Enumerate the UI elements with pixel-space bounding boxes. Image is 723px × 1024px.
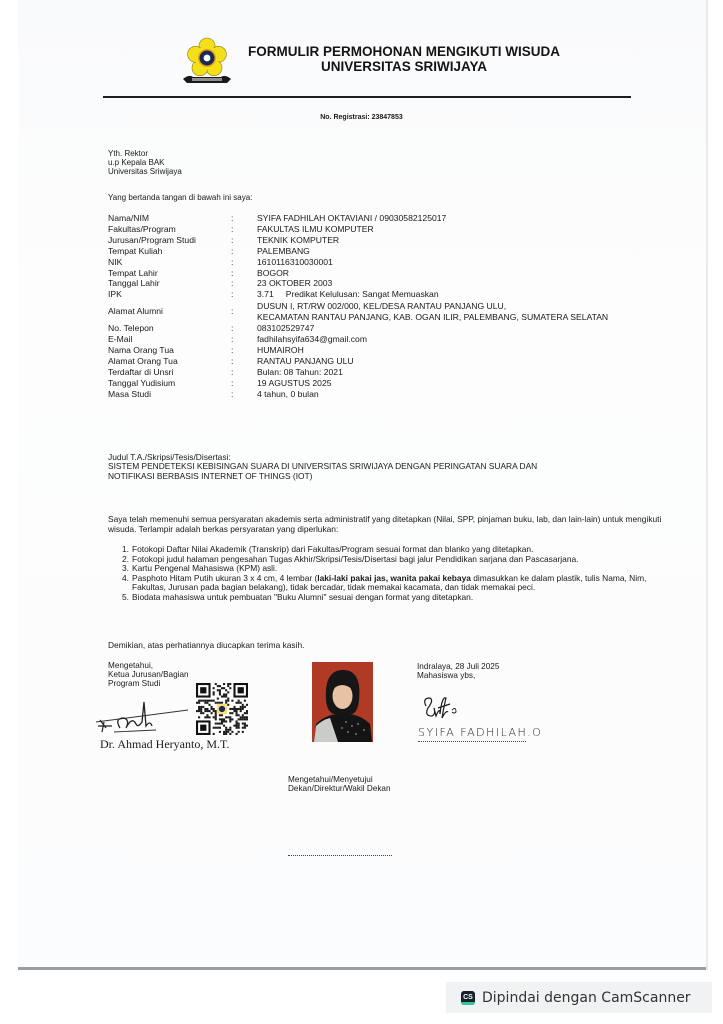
field-row-masa-studi: Masa Studi:4 tahun, 0 bulan bbox=[108, 389, 668, 400]
graduation-predicate: Predikat Kelulusan: Sangat Memuaskan bbox=[286, 289, 439, 299]
field-label: NIK bbox=[108, 257, 228, 268]
requirement-item: 4.Pasphoto Hitam Putih ukuran 3 x 4 cm, … bbox=[122, 574, 667, 593]
field-colon: : bbox=[228, 389, 257, 400]
dean-approval-block: Mengetahui/Menyetujui Dekan/Direktur/Wak… bbox=[288, 775, 391, 793]
field-label: Tempat Lahir bbox=[108, 268, 228, 279]
field-label: Fakultas/Program bbox=[108, 224, 228, 235]
field-colon: : bbox=[228, 367, 257, 378]
field-value: HUMAIROH bbox=[257, 345, 668, 356]
field-colon: : bbox=[228, 345, 257, 356]
field-row-tempat-kuliah: Tempat Kuliah:PALEMBANG bbox=[108, 246, 668, 257]
statement-paragraph: Saya telah memenuhi semua persyaratan ak… bbox=[108, 514, 668, 534]
field-colon: : bbox=[228, 257, 257, 268]
field-value: Bulan: 08 Tahun: 2021 bbox=[257, 367, 668, 378]
registration-number: No. Registrasi: 23847853 bbox=[0, 114, 723, 121]
field-row-nik: NIK:1610116310030001 bbox=[108, 257, 668, 268]
title-line-1: FORMULIR PERMOHONAN MENGIKUTI WISUDA bbox=[244, 44, 564, 59]
field-row-tempat-lahir: Tempat Lahir:BOGOR bbox=[108, 268, 668, 279]
field-label: Tempat Kuliah bbox=[108, 246, 228, 257]
field-label: Nama Orang Tua bbox=[108, 345, 228, 356]
address-line-2: KECAMATAN RANTAU PANJANG, KAB. OGAN ILIR… bbox=[257, 312, 668, 322]
field-row-telepon: No. Telepon:083102529747 bbox=[108, 323, 668, 334]
field-label: Tanggal Lahir bbox=[108, 278, 228, 289]
university-logo-icon bbox=[179, 37, 235, 87]
field-label: IPK bbox=[108, 289, 228, 300]
camscanner-text: Dipindai dengan CamScanner bbox=[482, 990, 691, 1006]
student-handwritten-name: SYIFA FADHILAH.O bbox=[418, 726, 542, 739]
item-text-before: Pasphoto Hitam Putih ukuran 3 x 4 cm, 4 … bbox=[132, 573, 317, 583]
field-label: Tanggal Yudisium bbox=[108, 378, 228, 389]
dean-signature-line bbox=[288, 855, 392, 856]
department-head-signature-icon bbox=[92, 698, 192, 740]
field-colon: : bbox=[228, 278, 257, 289]
title-line-2: UNIVERSITAS SRIWIJAYA bbox=[244, 59, 564, 74]
item-number: 4. bbox=[122, 574, 132, 593]
thesis-title-line-2: NOTIFIKASI BERBASIS INTERNET OF THINGS (… bbox=[108, 472, 668, 482]
student-photo bbox=[312, 662, 373, 742]
field-colon: : bbox=[228, 334, 257, 345]
field-colon: : bbox=[228, 289, 257, 300]
field-label: No. Telepon bbox=[108, 323, 228, 334]
field-value: fadhilahsyifa634@gmail.com bbox=[257, 334, 668, 345]
field-row-jurusan: Jurusan/Program Studi:TEKNIK KOMPUTER bbox=[108, 235, 668, 246]
field-label: Alamat Orang Tua bbox=[108, 356, 228, 367]
field-row-nama-orang-tua: Nama Orang Tua:HUMAIROH bbox=[108, 345, 668, 356]
ipk-value: 3.71 bbox=[257, 289, 274, 299]
field-colon: : bbox=[228, 356, 257, 367]
field-value: 3.71Predikat Kelulusan: Sangat Memuaskan bbox=[257, 289, 668, 300]
camscanner-watermark: CS Dipindai dengan CamScanner bbox=[446, 982, 712, 1013]
header-divider bbox=[103, 96, 631, 98]
field-value: DUSUN I, RT/RW 002/000, KEL/DESA RANTAU … bbox=[257, 301, 668, 322]
field-colon: : bbox=[228, 268, 257, 279]
closing-text: Demikian, atas perhatiannya diucapkan te… bbox=[108, 640, 304, 650]
field-value: 23 OKTOBER 2003 bbox=[257, 278, 668, 289]
field-row-alamat-orang-tua: Alamat Orang Tua:RANTAU PANJANG ULU bbox=[108, 356, 668, 367]
student-signature-line bbox=[418, 741, 526, 742]
field-label: Terdaftar di Unsri bbox=[108, 367, 228, 378]
field-colon: : bbox=[228, 246, 257, 257]
requirement-item: 5.Biodata mahasiswa untuk pembuatan "Buk… bbox=[122, 593, 667, 603]
intro-text: Yang bertanda tangan di bawah ini saya: bbox=[108, 193, 252, 202]
addressee-block: Yth. Rektor u.p Kepala BAK Universitas S… bbox=[108, 149, 182, 176]
item-text-bold: laki-laki pakai jas, wanita pakai kebaya bbox=[317, 573, 471, 583]
field-label: Alamat Alumni bbox=[108, 306, 228, 316]
field-colon: : bbox=[228, 306, 257, 316]
field-value: 4 tahun, 0 bulan bbox=[257, 389, 668, 400]
student-signature-icon bbox=[418, 690, 468, 726]
field-value: PALEMBANG bbox=[257, 246, 668, 257]
field-value: RANTAU PANJANG ULU bbox=[257, 356, 668, 367]
field-value: 19 AGUSTUS 2025 bbox=[257, 378, 668, 389]
department-head-block: Mengetahui, Ketua Jurusan/Bagian Program… bbox=[108, 662, 189, 688]
field-colon: : bbox=[228, 224, 257, 235]
camscanner-icon: CS bbox=[461, 991, 475, 1005]
dean-line-2: Dekan/Direktur/Wakil Dekan bbox=[288, 784, 391, 793]
field-row-terdaftar: Terdaftar di Unsri:Bulan: 08 Tahun: 2021 bbox=[108, 367, 668, 378]
field-row-alamat-alumni: Alamat Alumni:DUSUN I, RT/RW 002/000, KE… bbox=[108, 301, 668, 322]
form-title: FORMULIR PERMOHONAN MENGIKUTI WISUDA UNI… bbox=[244, 44, 564, 74]
field-label: E-Mail bbox=[108, 334, 228, 345]
field-row-ipk: IPK:3.71Predikat Kelulusan: Sangat Memua… bbox=[108, 289, 668, 300]
address-line-1: DUSUN I, RT/RW 002/000, KEL/DESA RANTAU … bbox=[257, 301, 668, 311]
addressee-line-3: Universitas Sriwijaya bbox=[108, 167, 182, 176]
place-date: Indralaya, 28 Juli 2025 bbox=[417, 662, 499, 671]
applicant-fields: Nama/NIM:SYIFA FADHILAH OKTAVIANI / 0903… bbox=[108, 213, 668, 399]
item-text: Pasphoto Hitam Putih ukuran 3 x 4 cm, 4 … bbox=[132, 574, 667, 593]
field-row-fakultas: Fakultas/Program:FAKULTAS ILMU KOMPUTER bbox=[108, 224, 668, 235]
field-value: 1610116310030001 bbox=[257, 257, 668, 268]
student-signature-block: Indralaya, 28 Juli 2025 Mahasiswa ybs, bbox=[417, 662, 499, 680]
addressee-line-1: Yth. Rektor bbox=[108, 149, 182, 158]
item-text: Biodata mahasiswa untuk pembuatan "Buku … bbox=[132, 593, 473, 603]
item-number: 5. bbox=[122, 593, 132, 603]
scanned-document-page bbox=[18, 0, 708, 970]
field-value: FAKULTAS ILMU KOMPUTER bbox=[257, 224, 668, 235]
field-colon: : bbox=[228, 323, 257, 334]
field-row-tanggal-lahir: Tanggal Lahir:23 OKTOBER 2003 bbox=[108, 278, 668, 289]
field-row-yudisium: Tanggal Yudisium:19 AGUSTUS 2025 bbox=[108, 378, 668, 389]
field-label: Jurusan/Program Studi bbox=[108, 235, 228, 246]
field-value: SYIFA FADHILAH OKTAVIANI / 0903058212501… bbox=[257, 213, 668, 224]
requirements-list: 1.Fotokopi Daftar Nilai Akademik (Transk… bbox=[122, 545, 667, 603]
qr-code-icon[interactable] bbox=[196, 683, 248, 735]
field-row-nama-nim: Nama/NIM:SYIFA FADHILAH OKTAVIANI / 0903… bbox=[108, 213, 668, 224]
department-head-name: Dr. Ahmad Heryanto, M.T. bbox=[100, 737, 229, 752]
field-row-email: E-Mail:fadhilahsyifa634@gmail.com bbox=[108, 334, 668, 345]
thesis-title: SISTEM PENDETEKSI KEBISINGAN SUARA DI UN… bbox=[108, 462, 668, 481]
field-colon: : bbox=[228, 213, 257, 224]
student-role: Mahasiswa ybs, bbox=[417, 671, 499, 680]
field-value: BOGOR bbox=[257, 268, 668, 279]
field-colon: : bbox=[228, 378, 257, 389]
field-label: Masa Studi bbox=[108, 389, 228, 400]
field-value: TEKNIK KOMPUTER bbox=[257, 235, 668, 246]
field-label: Nama/NIM bbox=[108, 213, 228, 224]
field-value: 083102529747 bbox=[257, 323, 668, 334]
dean-line-1: Mengetahui/Menyetujui bbox=[288, 775, 391, 784]
ack-line-3: Program Studi bbox=[108, 680, 189, 689]
addressee-line-2: u.p Kepala BAK bbox=[108, 158, 182, 167]
field-colon: : bbox=[228, 235, 257, 246]
